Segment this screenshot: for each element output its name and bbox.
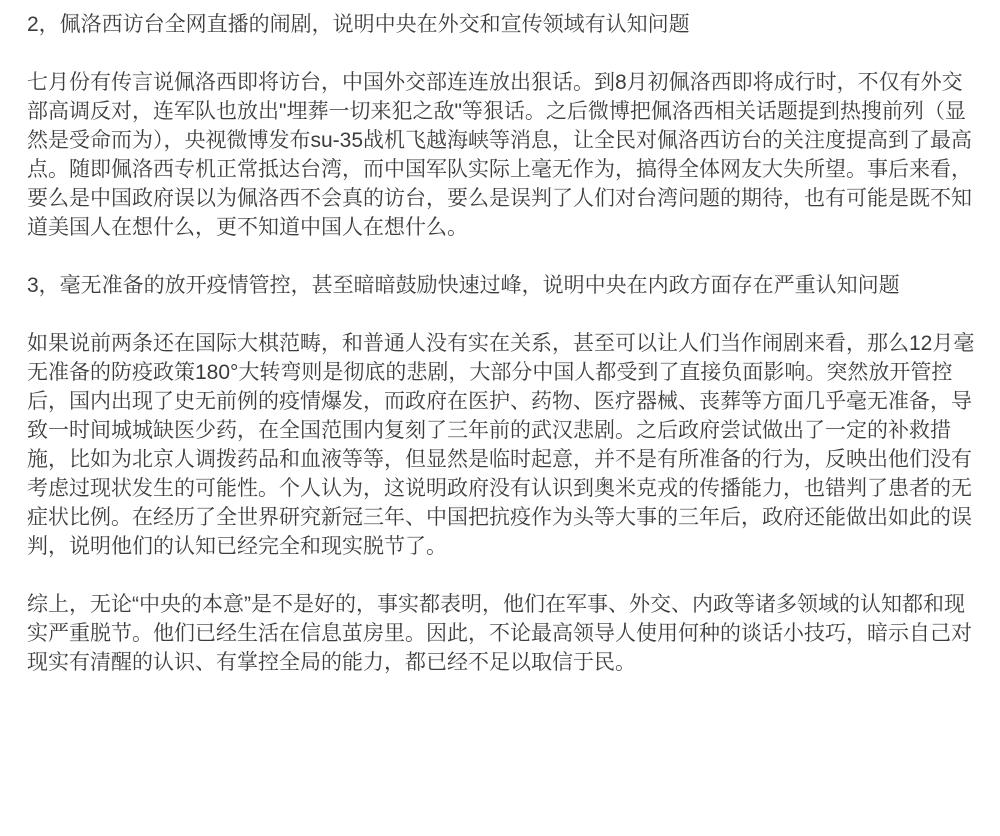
conclusion-paragraph: 综上，无论“中央的本意”是不是好的，事实都表明，他们在军事、外交、内政等诸多领域… <box>27 590 975 677</box>
section-2-paragraph: 七月份有传言说佩洛西即将访台，中国外交部连连放出狠话。到8月初佩洛西即将成行时，… <box>27 68 975 242</box>
section-3-heading: 3，毫无准备的放开疫情管控，甚至暗暗鼓励快速过峰，说明中央在内政方面存在严重认知… <box>27 271 975 300</box>
section-2-heading: 2，佩洛西访台全网直播的闹剧，说明中央在外交和宣传领域有认知问题 <box>27 10 975 39</box>
section-3-paragraph: 如果说前两条还在国际大棋范畴，和普通人没有实在关系，甚至可以让人们当作闹剧来看，… <box>27 329 975 561</box>
article-text-page: 2，佩洛西访台全网直播的闹剧，说明中央在外交和宣传领域有认知问题 七月份有传言说… <box>0 0 1000 836</box>
